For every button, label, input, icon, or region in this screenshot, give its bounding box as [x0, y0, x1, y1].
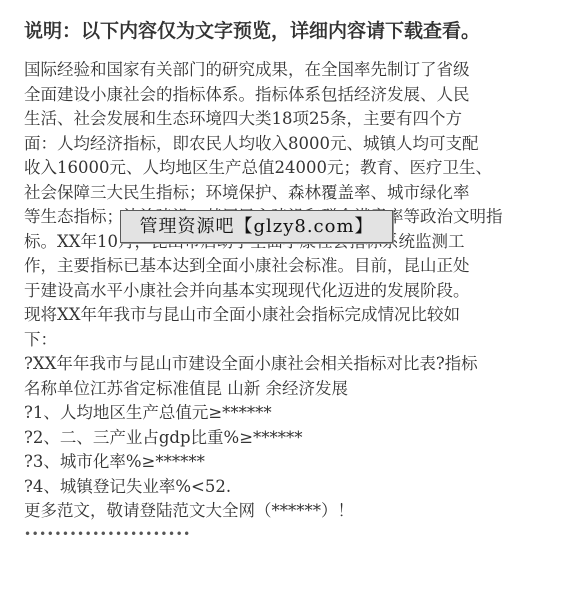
paragraph-line: 于建设高水平小康社会并向基本实现现代化迈进的发展阶段。 — [24, 279, 564, 304]
table-header-line: 名称单位江苏省定标准值昆 山新 余经济发展 — [24, 377, 564, 402]
paragraph-line: 下： — [24, 328, 564, 353]
table-row: ?2、二、三产业占gdp比重%≥****** — [24, 426, 564, 451]
paragraph-line: 社会保障三大民生指标；环境保护、森林覆盖率、城市绿化率 — [24, 181, 564, 206]
paragraph-line: 全面建设小康社会的指标体系。指标体系包括经济发展、人民 — [24, 83, 564, 108]
table-row: ?1、人均地区生产总值元≥****** — [24, 401, 564, 426]
table-title-line: ?XX年年我市与昆山市建设全面小康社会相关指标对比表?指标 — [24, 352, 564, 377]
watermark-banner: 管理资源吧【glzy8.com】 — [120, 210, 393, 243]
more-templates-link-text: 更多范文，敬请登陆范文大全网（******）！ — [24, 499, 564, 524]
table-row: ?3、城市化率%≥****** — [24, 450, 564, 475]
table-row: ?4、城镇登记失业率%<52. — [24, 475, 564, 500]
paragraph-line: 面：人均经济指标，即农民人均收入8000元、城镇人均可支配 — [24, 132, 564, 157]
paragraph-line: 国际经验和国家有关部门的研究成果，在全国率先制订了省级 — [24, 58, 564, 83]
dotted-separator: •••••••••••••••••••••• — [24, 524, 564, 546]
paragraph-line: 收入16000元、人均地区生产总值24000元；教育、医疗卫生、 — [24, 156, 564, 181]
paragraph-line: 作，主要指标已基本达到全面小康社会标准。目前，昆山正处 — [24, 254, 564, 279]
document-body: 国际经验和国家有关部门的研究成果，在全国率先制订了省级 全面建设小康社会的指标体… — [24, 58, 564, 546]
preview-notice: 说明：以下内容仅为文字预览，详细内容请下载查看。 — [24, 16, 480, 43]
paragraph-line: 现将XX年年我市与昆山市全面小康社会指标完成情况比较如 — [24, 303, 564, 328]
paragraph-line: 生活、社会发展和生态环境四大类18项25条，主要有四个方 — [24, 107, 564, 132]
